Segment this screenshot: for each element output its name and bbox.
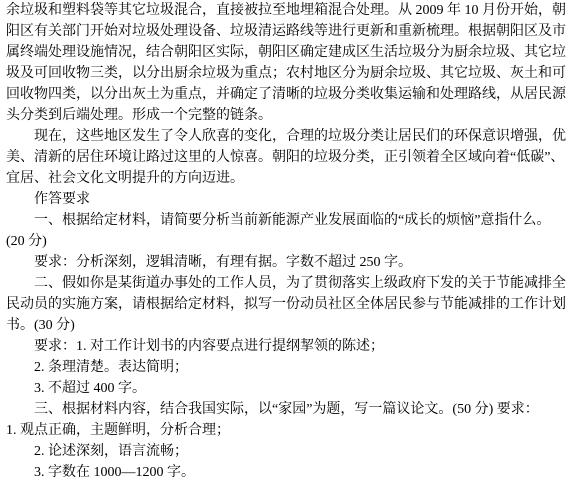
text-line: 三、根据材料内容，结合我国实际，以“家园”为题，写一篇议论文。(50 分) 要求… <box>6 399 576 420</box>
text-line: 圾及可回收物三类，以分出厨余垃圾为重点；农村地区分为厨余垃圾、其它垃圾、灰土和可 <box>6 63 576 84</box>
text-line: 现在，这些地区发生了令人欣喜的变化，合理的垃圾分类让居民们的环保意识增强，优 <box>6 126 576 147</box>
text-line: 二、假如你是某街道办事处的工作人员，为了贯彻落实上级政府下发的关于节能减排全 <box>6 273 576 294</box>
text-line: 要求：分析深刻，逻辑清晰，有理有据。字数不超过 250 字。 <box>6 252 576 273</box>
text-line: 一、根据给定材料，请简要分析当前新能源产业发展面临的“成长的烦恼”意指什么。 <box>6 210 576 231</box>
text-line: 美、清新的居住环境让路过这里的人惊喜。朝阳的垃圾分类，正引领着全区域向着“低碳”… <box>6 147 576 168</box>
text-line: 阳区有关部门开始对垃圾处理设备、垃圾清运路线等进行更新和重新梳理。根据朝阳区及市 <box>6 21 576 42</box>
text-line: 余垃圾和塑料袋等其它垃圾混合，直接被拉至地埋箱混合处理。从 2009 年 10 … <box>6 0 576 21</box>
document-page: 余垃圾和塑料袋等其它垃圾混合，直接被拉至地埋箱混合处理。从 2009 年 10 … <box>0 0 578 483</box>
text-line: 回收物四类，以分出灰土为重点，并确定了清晰的垃圾分类收集运输和处理路线，从居民源 <box>6 84 576 105</box>
text-line: 头分类到后端处理。形成一个完整的链条。 <box>6 105 576 126</box>
text-line: 2. 论述深刻，语言流畅； <box>6 441 576 462</box>
text-line: 民动员的实施方案，请根据给定材料，拟写一份动员社区全体居民参与节能减排的工作计划 <box>6 294 576 315</box>
text-line: 作答要求 <box>6 189 576 210</box>
text-line: 书。(30 分) <box>6 315 576 336</box>
text-line: 3. 不超过 400 字。 <box>6 378 576 399</box>
text-line: 要求：1. 对工作计划书的内容要点进行提纲挈领的陈述； <box>6 336 576 357</box>
text-line: 3. 字数在 1000—1200 字。 <box>6 462 576 483</box>
text-line: (20 分) <box>6 231 576 252</box>
text-line: 2. 条理清楚。表达简明； <box>6 357 576 378</box>
text-line: 属终端处理设施情况，结合朝阳区实际，朝阳区确定建成区生活垃圾分为厨余垃圾、其它垃 <box>6 42 576 63</box>
text-line: 宜居、社会文化文明提升的方向迈进。 <box>6 168 576 189</box>
document-body: 余垃圾和塑料袋等其它垃圾混合，直接被拉至地埋箱混合处理。从 2009 年 10 … <box>0 0 578 483</box>
text-line: 1. 观点正确，主题鲜明，分析合理； <box>6 420 576 441</box>
